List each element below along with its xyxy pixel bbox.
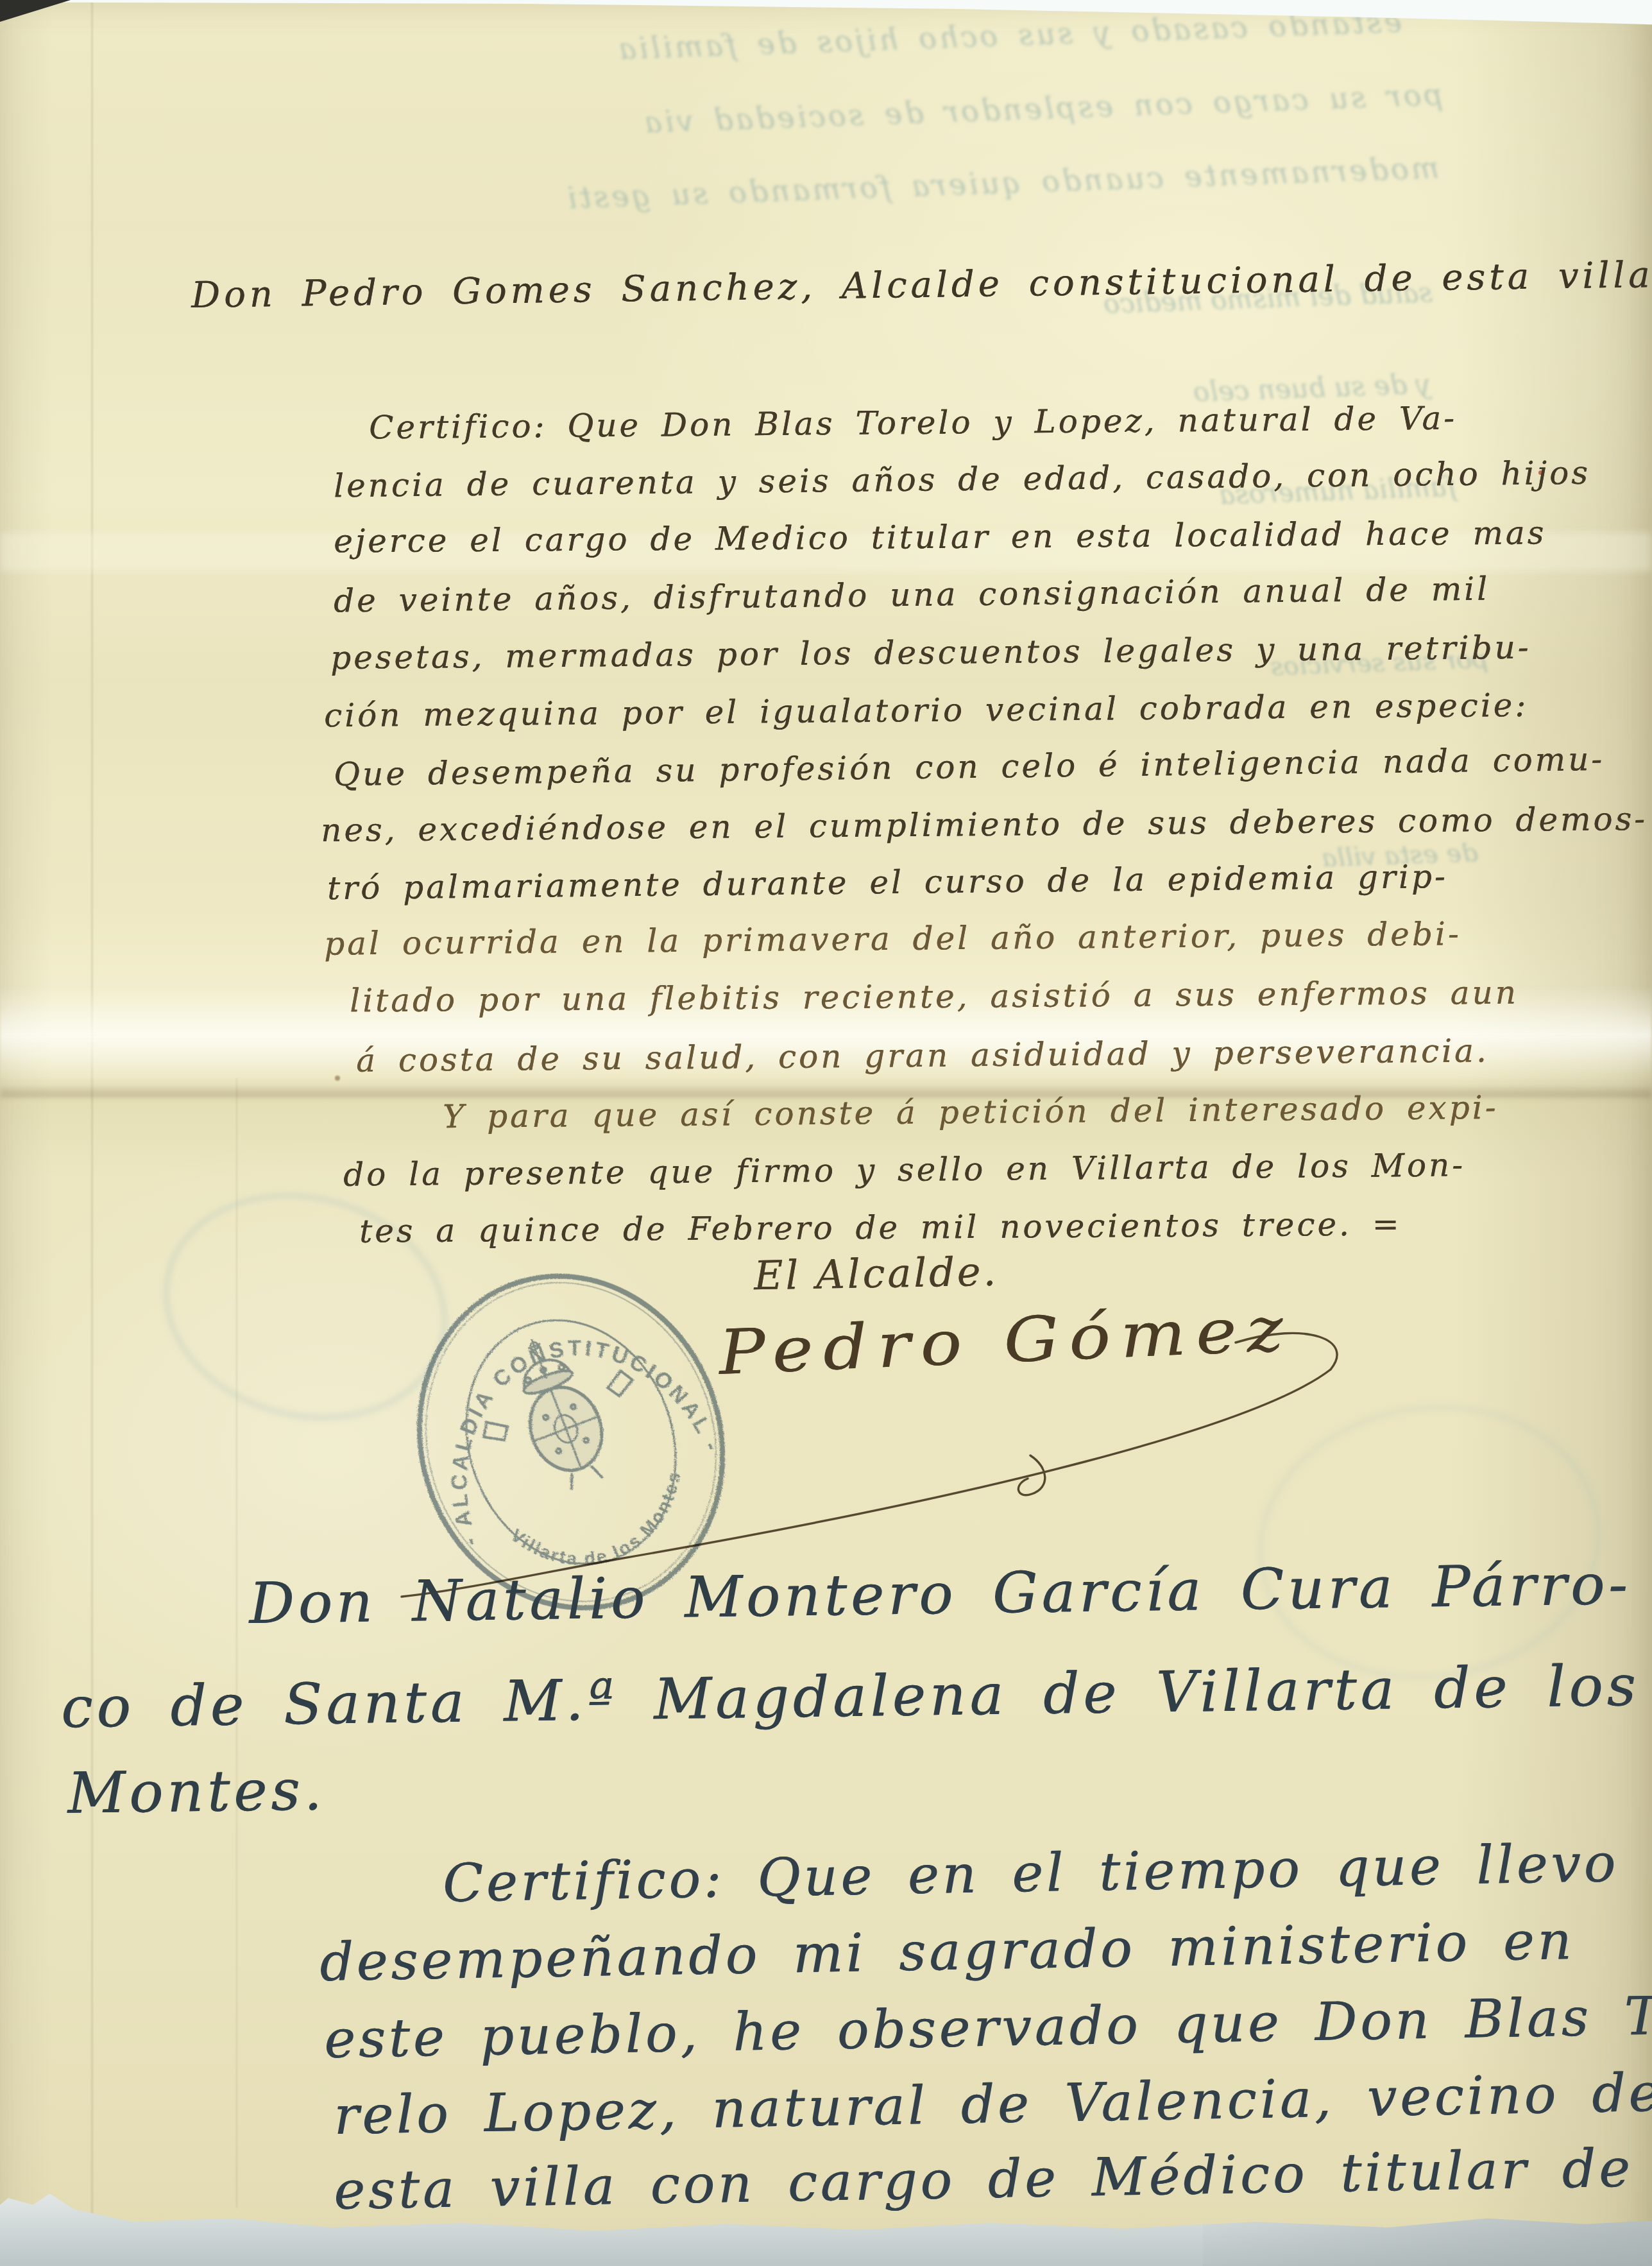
manuscript-line: tró palmariamente durante el curso de la…: [327, 858, 1448, 907]
manuscript-line: desempeñando mi sagrado ministerio en: [319, 1910, 1575, 1993]
manuscript-line: relo Lopez, natural de Valencia, vecino …: [333, 2063, 1652, 2147]
manuscript-line: esta villa con cargo de Médico titular d…: [333, 2136, 1652, 2222]
closing-title: El Alcalde.: [753, 1248, 998, 1300]
manuscript-line: Certifico: Que en el tiempo que llevo: [442, 1833, 1619, 1914]
ink-speck: [335, 1076, 340, 1081]
manuscript-line: de veinte años, disfrutando una consigna…: [334, 571, 1490, 620]
document-page: estando casado y sus ocho hijos de famil…: [0, 0, 1652, 2266]
bleedthrough-line: por su cargo con esplendor de sociedad v…: [641, 77, 1443, 140]
manuscript-line: Que desempeña su profesión con celo é in…: [334, 741, 1605, 793]
bleedthrough-line: modernamente cuando quiera formando su g…: [564, 150, 1440, 216]
vertical-crease: [236, 1078, 237, 2208]
manuscript-line: este pueblo, he observado que Don Blas T…: [323, 1985, 1652, 2070]
manuscript-line: ción mezquina por el igualatorio vecinal…: [324, 687, 1529, 734]
manuscript-line-parroco-opening: Montes.: [67, 1756, 326, 1826]
manuscript-line: pal ocurrida en la primavera del año ant…: [324, 915, 1461, 962]
manuscript-line: Certifico: Que Don Blas Torelo y Lopez, …: [369, 400, 1458, 447]
vertical-crease: [91, 0, 93, 2266]
manuscript-line: do la presente que firmo y sello en Vill…: [343, 1146, 1465, 1193]
manuscript-line: tes a quince de Febrero de mil novecient…: [359, 1205, 1402, 1249]
manuscript-line-parroco-opening: co de Santa M.ª Magdalena de Villarta de…: [60, 1652, 1640, 1740]
